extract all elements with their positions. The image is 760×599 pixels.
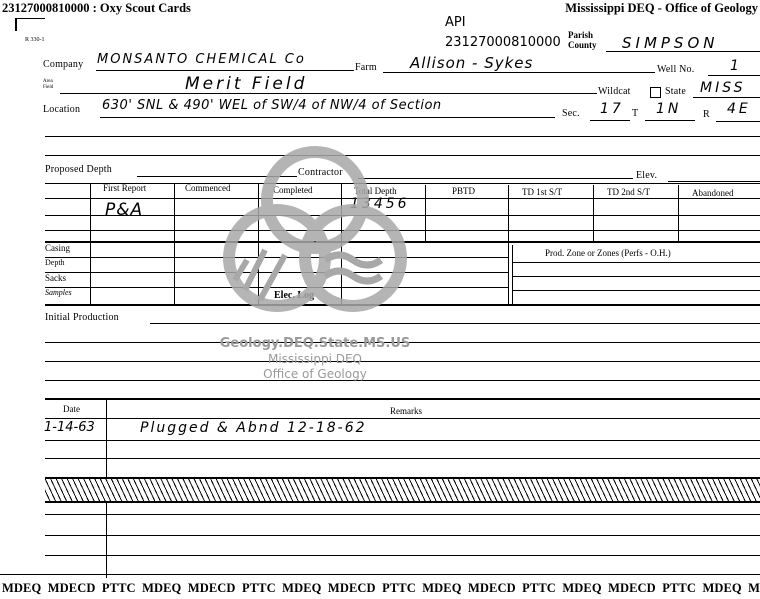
company-value: MONSANTO CHEMICAL Co [97, 52, 306, 67]
row-casing: Casing [45, 243, 70, 253]
farm-value: Allison - Sykes [410, 54, 533, 72]
row-sacks: Sacks [45, 273, 66, 283]
remark-date: 1-14-63 [44, 420, 95, 435]
col-td-2nd: TD 2nd S/T [607, 187, 650, 197]
row-depth: Depth [45, 258, 65, 267]
parish-county-label: Parish County [568, 30, 597, 50]
agency-title: Mississippi DEQ - Office of Geology [565, 1, 758, 16]
watermark-url: Geology.DEQ.State.MS.US [215, 336, 415, 351]
col-first-report: First Report [103, 183, 146, 193]
field-value: Merit Field [185, 74, 307, 94]
county-value: SIMPSON [622, 34, 718, 52]
remarks-header: Remarks [390, 406, 422, 416]
date-header: Date [63, 404, 80, 414]
range-label: R [703, 109, 710, 120]
state-value: MISS [700, 80, 745, 96]
hatched-divider [45, 477, 760, 503]
company-label: Company [43, 59, 83, 70]
col-abandoned: Abandoned [692, 188, 734, 198]
mdeq-logo-watermark-icon [205, 140, 435, 340]
state-label: State [665, 86, 686, 97]
api-number: 23127000810000 [445, 35, 561, 50]
corner-mark [15, 18, 45, 31]
well-no-label: Well No. [657, 64, 694, 75]
initial-production-label: Initial Production [45, 312, 119, 323]
location-label: Location [43, 104, 80, 115]
prod-zone-label: Prod. Zone or Zones (Perfs - O.H.) [545, 248, 671, 258]
county-label: County [568, 40, 597, 50]
parish-label: Parish [568, 30, 597, 40]
sec-value: 17 [600, 101, 624, 117]
farm-label: Farm [355, 62, 377, 73]
township-label: T [632, 108, 638, 119]
col-td-1st: TD 1st S/T [522, 187, 562, 197]
proposed-depth-label: Proposed Depth [45, 164, 112, 175]
first-report-value: P&A [105, 200, 143, 220]
field-label-text: Field [43, 85, 53, 91]
township-value: 1N [656, 101, 681, 117]
well-no-value: 1 [730, 58, 740, 74]
api-label: API [445, 15, 466, 30]
location-value: 630' SNL & 490' WEL of SW/4 of NW/4 of S… [102, 98, 442, 113]
remark-text: Plugged & Abnd 12-18-62 [140, 420, 367, 436]
watermark-agency: Mississippi DEQ [215, 352, 415, 366]
card-code: R 330-1 [25, 37, 45, 43]
field-label: Area Field [43, 79, 53, 91]
row-samples: Samples [45, 288, 72, 297]
document-title: 23127000810000 : Oxy Scout Cards [2, 1, 191, 16]
footer-watermark-text: MDEQ MDECD PTTC MDEQ MDECD PTTC MDEQ MDE… [2, 581, 760, 596]
range-value: 4E [727, 101, 751, 117]
watermark-office: Office of Geology [215, 367, 415, 381]
wildcat-checkbox[interactable] [650, 87, 661, 98]
elev-label: Elev. [636, 170, 657, 181]
wildcat-label: Wildcat [598, 86, 631, 97]
col-pbtd: PBTD [452, 186, 475, 196]
sec-label: Sec. [562, 108, 580, 119]
